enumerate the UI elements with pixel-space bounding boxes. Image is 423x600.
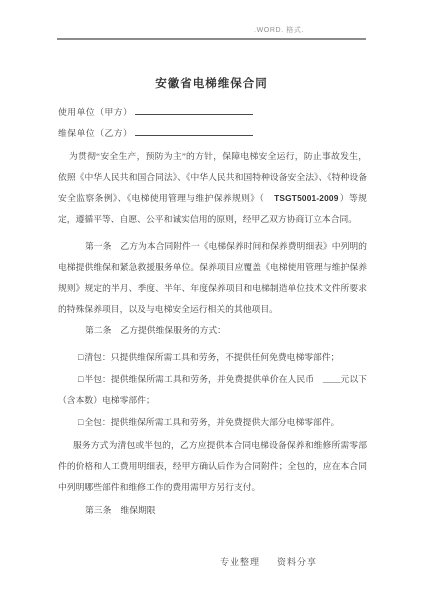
article-3-text: 维保期限	[120, 505, 155, 515]
document-title: 安徽省电梯维保合同	[0, 76, 423, 92]
option-qingbao-text: 清包：只提供维保所需工具和劳务，不提供任何免费电梯零部件；	[84, 352, 339, 362]
party-a-label: 使用单位（甲方）	[58, 107, 132, 117]
document-body: 为贯彻“安全生产，预防为主”的方针，保障电梯安全运行，防止事故发生，依照《中华人…	[58, 146, 367, 521]
article-3: 第三条维保期限	[58, 500, 367, 521]
preamble-paragraph: 为贯彻“安全生产，预防为主”的方针，保障电梯安全运行，防止事故发生，依照《中华人…	[58, 146, 367, 230]
checkbox-icon[interactable]: □	[78, 417, 83, 427]
footer-text-right: 资料分享	[277, 557, 317, 567]
option-banbao-text: 半包：提供维保所需工具和劳务，并免费提供单价在人民币 ____元以下（含本数）电…	[58, 374, 367, 405]
parties-section: 使用单位（甲方） 维保单位（乙方）	[58, 102, 367, 144]
article-1-number: 第一条	[85, 241, 111, 251]
checkbox-icon[interactable]: □	[78, 352, 83, 362]
article-1-text: 乙方为本合同附件一《电梯保养时间和保养费明细表》中列明的电梯提供维保和紧急救援服…	[58, 241, 367, 314]
document-page: .WORD. 格式. 安徽省电梯维保合同 使用单位（甲方） 维保单位（乙方） 为…	[0, 0, 423, 600]
article-2-text: 乙方提供维保服务的方式：	[120, 325, 226, 335]
footer-text-left: 专业整理	[220, 557, 260, 567]
article-1: 第一条乙方为本合同附件一《电梯保养时间和保养费明细表》中列明的电梯提供维保和紧急…	[58, 236, 367, 320]
article-3-number: 第三条	[85, 505, 111, 515]
page-footer: 专业整理资料分享	[220, 555, 317, 568]
party-row-b: 维保单位（乙方）	[58, 123, 367, 144]
article-2: 第二条乙方提供维保服务的方式：	[58, 320, 367, 341]
article-2-number: 第二条	[85, 325, 111, 335]
party-row-a: 使用单位（甲方）	[58, 102, 367, 123]
page-header: .WORD. 格式.	[57, 0, 366, 40]
option-quanbao: □全包：提供维保所需工具和劳务，并免费提供大部分电梯零部件。	[58, 412, 367, 433]
option-banbao: □半包：提供维保所需工具和劳务，并免费提供单价在人民币 ____元以下（含本数）…	[58, 369, 367, 411]
party-b-label: 维保单位（乙方）	[58, 128, 132, 138]
option-quanbao-text: 全包：提供维保所需工具和劳务，并免费提供大部分电梯零部件。	[84, 417, 339, 427]
header-watermark: .WORD. 格式.	[254, 25, 304, 35]
option-qingbao: □清包：只提供维保所需工具和劳务，不提供任何免费电梯零部件；	[58, 347, 367, 368]
party-a-blank-line[interactable]	[135, 104, 253, 115]
regulation-code: TSGT5001-2009	[274, 193, 338, 203]
checkbox-icon[interactable]: □	[78, 374, 83, 384]
party-b-blank-line[interactable]	[135, 125, 253, 136]
service-note-paragraph: 服务方式为清包或半包的，乙方应提供本合同电梯设备保养和维修所需零部件的价格和人工…	[58, 435, 367, 498]
